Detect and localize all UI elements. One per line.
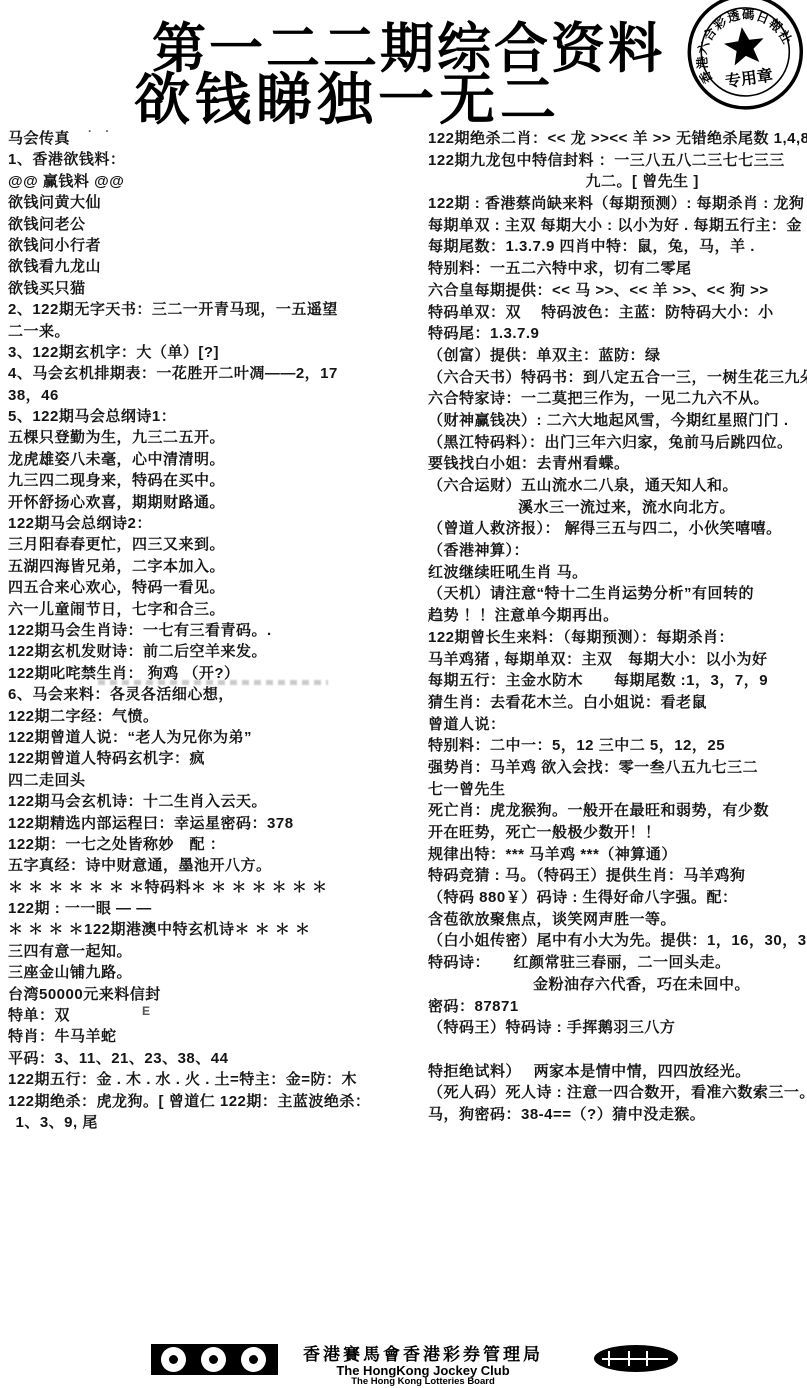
text-line: 特别料：二中一：5，12 三中二 5，12，25	[428, 735, 806, 757]
text-line: ＊ ＊ ＊ ＊122期港澳中特玄机诗＊ ＊ ＊ ＊	[8, 919, 424, 940]
text-line: 七一曾先生	[428, 779, 806, 801]
text-line: 平码：3、11、21、23、38、44	[8, 1048, 424, 1069]
text-line: 猜生肖：去看花木兰。白小姐说：看老鼠	[428, 692, 806, 714]
text-line: 6、马会来料：各灵各活细心想，	[8, 684, 424, 705]
text-line: （特码 880￥）码诗 : 生得好命八字强。配：	[428, 887, 806, 909]
text-line: 开怀舒扬心欢喜，期期财路通。	[8, 492, 424, 513]
text-line: 欲钱问小行者	[8, 235, 424, 256]
text-line: 马会传真	[8, 128, 424, 149]
text-line: 122期绝杀二肖：<< 龙 >><< 羊 >> 无错绝杀尾数 1,4,8	[428, 128, 806, 150]
text-line: 122期曾道人特码玄机字：疯	[8, 748, 424, 769]
left-column: 马会传真1、香港欲钱料：@@ 赢钱料 @@欲钱问黄大仙欲钱问老公欲钱问小行者欲钱…	[8, 128, 424, 1133]
text-line: 122期曾长生来料：（每期预测）：每期杀肖：	[428, 627, 806, 649]
text-line: 122期马会生肖诗：一七有三看青码。.	[8, 620, 424, 641]
text-line: 曾道人说：	[428, 714, 806, 736]
page-subtitle: 欲钱睇独一无二	[134, 56, 561, 136]
text-line: 5、122期马会总纲诗1：	[8, 406, 424, 427]
text-line: 三月阳春春更忙，四三又来到。	[8, 534, 424, 555]
text-line: （财神赢钱决）: 二六大地起风雪，今期红星照门门 .	[428, 410, 806, 432]
text-line: 特码竞猜 : 马。（特码王）提供生肖：马羊鸡狗	[428, 865, 806, 887]
right-column: 122期绝杀二肖：<< 龙 >><< 羊 >> 无错绝杀尾数 1,4,8122期…	[428, 128, 806, 1126]
text-line: 每期五行：主金水防木 每期尾数 :1，3，7，9	[428, 670, 806, 692]
text-line: 要钱找白小姐：去青州看蝶。	[428, 453, 806, 475]
lotteries-board-logo-icon	[594, 1345, 678, 1372]
text-line: （白小姐传密）尾中有小大为先。提供：1，16，30，38，40	[428, 930, 806, 952]
text-line: 四五合来心欢心，特码一看见。	[8, 577, 424, 598]
text-line: 特码尾：1.3.7.9	[428, 323, 806, 345]
text-line: 欲钱问黄大仙	[8, 192, 424, 213]
text-line: 122期马会玄机诗：十二生肖入云天。	[8, 791, 424, 812]
text-line: 开在旺势，死亡一般极少数开！！	[428, 822, 806, 844]
text-line: 欲钱看九龙山	[8, 256, 424, 277]
text-line: 欲钱问老公	[8, 214, 424, 235]
text-line: 122期玄机发财诗：前二后空羊来发。	[8, 641, 424, 662]
text-line: （特码王）特码诗 : 手挥鹅羽三八方	[428, 1017, 806, 1039]
text-line: 含苞欲放聚焦点，谈笑网声胜一等。	[428, 909, 806, 931]
text-line: 特单：双	[8, 1005, 424, 1026]
lottery-info-sheet: 第一二二期综合资料 欲钱睇独一无二 香港六合彩透碼日報社 专用章 马会传真1、香…	[0, 0, 807, 1388]
text-line: （曾道人救济报）： 解得三五与四二，小伙笑嘻嘻。	[428, 518, 806, 540]
text-line: 台湾50000元来料信封	[8, 984, 424, 1005]
text-line: 122期 : 香港蔡尚缺来料（每期预测）: 每期杀肖 : 龙狗	[428, 193, 806, 215]
text-line: 122期：一七之处皆称妙 配 ：	[8, 834, 424, 855]
text-line: 红波继续旺吼生肖 马。	[428, 562, 806, 584]
text-line: 特码单双：双 特码波色：主蓝：防特码大小：小	[428, 302, 806, 324]
text-line: 特拒绝试料） 两家本是情中情，四四放经光。	[428, 1061, 806, 1083]
text-line: 特肖：牛马羊蛇	[8, 1026, 424, 1047]
text-line: 规律出特：*** 马羊鸡 ***（神算通）	[428, 844, 806, 866]
text-line: 122期二字经：气愤。	[8, 706, 424, 727]
text-line: 三座金山铺九路。	[8, 962, 424, 983]
text-line: （天机）请注意“特十二生肖运势分析”有回转的	[428, 583, 806, 605]
text-line: 五湖四海皆兄弟，二字本加入。	[8, 556, 424, 577]
text-line: 3、122期玄机字：大（单）[?]	[8, 342, 424, 363]
text-line: 趋势 ！！注意单今期再出。	[428, 605, 806, 627]
footer: 香港賽馬會香港彩券管理局 The HongKong Jockey Club Th…	[0, 1338, 807, 1388]
text-line: 122期九龙包中特信封料 ：一三八五八二三七七三三	[428, 150, 806, 172]
text-line: 122期曾道人说：“老人为兄你为弟”	[8, 727, 424, 748]
text-line: 2、122期无字天书：三二一开青马现，一五遥望	[8, 299, 424, 320]
text-line: 122期马会总纲诗2：	[8, 513, 424, 534]
text-line: 六合皇每期提供：<< 马 >>、<< 羊 >>、<< 狗 >>	[428, 280, 806, 302]
text-line: 溪水三一流过来，流水向北方。	[428, 497, 806, 519]
stray-dots: · ·	[88, 124, 114, 138]
logo-ring-icon	[161, 1347, 186, 1372]
text-line: 4、马会玄机排期表：一花胜开二叶凋——2，17	[8, 363, 424, 384]
star-icon	[722, 24, 767, 66]
text-line: 金粉油存六代香，巧在未回中。	[428, 974, 806, 996]
text-line	[428, 1039, 806, 1061]
logo-ring-icon	[241, 1347, 266, 1372]
text-line: （创富）提供：单双主：蓝防：绿	[428, 345, 806, 367]
text-line: 龙虎雄姿八未毫，心中清清明。	[8, 449, 424, 470]
text-line: （死人码）死人诗 : 注意一四合数开，看准六数索三一。	[428, 1082, 806, 1104]
text-line: （黑江特码料）：出门三年六归家，兔前马后跳四位。	[428, 432, 806, 454]
stray-print-mark: E	[142, 1004, 150, 1018]
text-line: 九二。[ 曾先生 ]	[428, 171, 806, 193]
text-line: 1、香港欲钱料：	[8, 149, 424, 170]
text-line: 欲钱买只猫	[8, 278, 424, 299]
faint-smudge	[98, 680, 328, 685]
text-line: 六一儿童闹节日，七字和合三。	[8, 599, 424, 620]
text-line: 马，狗密码：38-4==（?）猜中没走猴。	[428, 1104, 806, 1126]
text-line: 强势肖：马羊鸡 欲入会找：零一叁八五九七三二	[428, 757, 806, 779]
text-line: 马羊鸡猪 , 每期单双：主双 每期大小：以小为好	[428, 649, 806, 671]
official-stamp: 香港六合彩透碼日報社 专用章	[673, 0, 807, 128]
footer-org-chinese: 香港賽馬會香港彩券管理局	[288, 1340, 558, 1365]
text-line: 122期精选内部运程曰：幸运星密码：378	[8, 813, 424, 834]
text-line: ＊ ＊ ＊ ＊ ＊ ＊ ＊特码料＊ ＊ ＊ ＊ ＊ ＊ ＊	[8, 877, 424, 898]
footer-org-english-sub: The Hong Kong Lotteries Board	[288, 1376, 558, 1387]
text-line: 122期 : 一一眼 — —	[8, 898, 424, 919]
text-line: 九三四二现身来，特码在买中。	[8, 470, 424, 491]
text-line: 六合特家诗：一二莫把三作为，一见二九六不从。	[428, 388, 806, 410]
logo-ring-icon	[201, 1347, 226, 1372]
text-line: 五字真经：诗中财意通，墨池开八方。	[8, 855, 424, 876]
text-line: 每期尾数：1.3.7.9 四肖中特：鼠，兔，马，羊 .	[428, 236, 806, 258]
text-line: （六合运财）五山流水二八泉，通天知人和。	[428, 475, 806, 497]
text-line: 每期单双 : 主双 每期大小 : 以小为好 . 每期五行主：金	[428, 215, 806, 237]
text-line: 密码：87871	[428, 996, 806, 1018]
text-line: （六合天书）特码书：到八定五合一三，一树生花三九朵。	[428, 367, 806, 389]
text-line: 五棵只登勤为生，九三二五开。	[8, 427, 424, 448]
text-line: 38，46	[8, 385, 424, 406]
jockey-club-logo-icon	[151, 1344, 278, 1375]
text-line: 122期绝杀：虎龙狗。[ 曾道仁 122期：主蓝波绝杀：	[8, 1091, 424, 1112]
text-line: 1、3、9, 尾	[8, 1112, 424, 1133]
text-line: 122期五行：金 . 木 . 水 . 火 . 土=特主：金=防：木	[8, 1069, 424, 1090]
text-line: @@ 赢钱料 @@	[8, 171, 424, 192]
footer-organization: 香港賽馬會香港彩券管理局 The HongKong Jockey Club Th…	[288, 1340, 558, 1387]
text-line: 三四有意一起知。	[8, 941, 424, 962]
text-line: 特别料：一五二六特中求，切有二零尾	[428, 258, 806, 280]
text-line: 二一来。	[8, 321, 424, 342]
stamp-label: 专用章	[724, 65, 774, 90]
text-line: 特码诗： 红颜常驻三春丽，二一回头走。	[428, 952, 806, 974]
text-line: 四二走回头	[8, 770, 424, 791]
text-line: 死亡肖：虎龙猴狗。一般开在最旺和弱势，有少数	[428, 800, 806, 822]
text-line: （香港神算）：	[428, 540, 806, 562]
